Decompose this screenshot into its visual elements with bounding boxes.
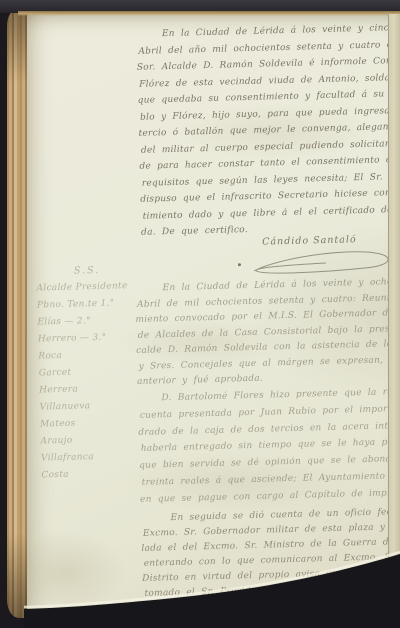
signature-rubric-flourish	[248, 245, 397, 279]
page-top-edge	[18, 11, 400, 16]
photo-backdrop: En la Ciudad de Lérida á los veinte y ci…	[0, 0, 400, 628]
signature-ink-dot	[238, 263, 241, 266]
handwriting-layer: En la Ciudad de Lérida á los veinte y ci…	[24, 12, 400, 628]
entry-1: En la Ciudad de Lérida á los veinte y ci…	[136, 22, 400, 244]
entry-2: En la Ciudad de Lérida á los veinte y oc…	[134, 276, 400, 392]
manuscript-page: En la Ciudad de Lérida á los veinte y ci…	[24, 12, 400, 628]
margin-attendee-list: S.S. Alcalde PresidentePbno. Ten.te 1.°E…	[36, 264, 144, 488]
adjacent-page-edge	[388, 14, 400, 570]
margin-names: Alcalde PresidentePbno. Ten.te 1.°Elías …	[36, 281, 143, 488]
page-bottom-shadow	[24, 548, 400, 628]
book-page-edges	[7, 10, 27, 618]
attendee-name: Costa	[41, 468, 143, 488]
entry-3: D. Bartolomé Flores hizo presente que la…	[137, 386, 400, 511]
